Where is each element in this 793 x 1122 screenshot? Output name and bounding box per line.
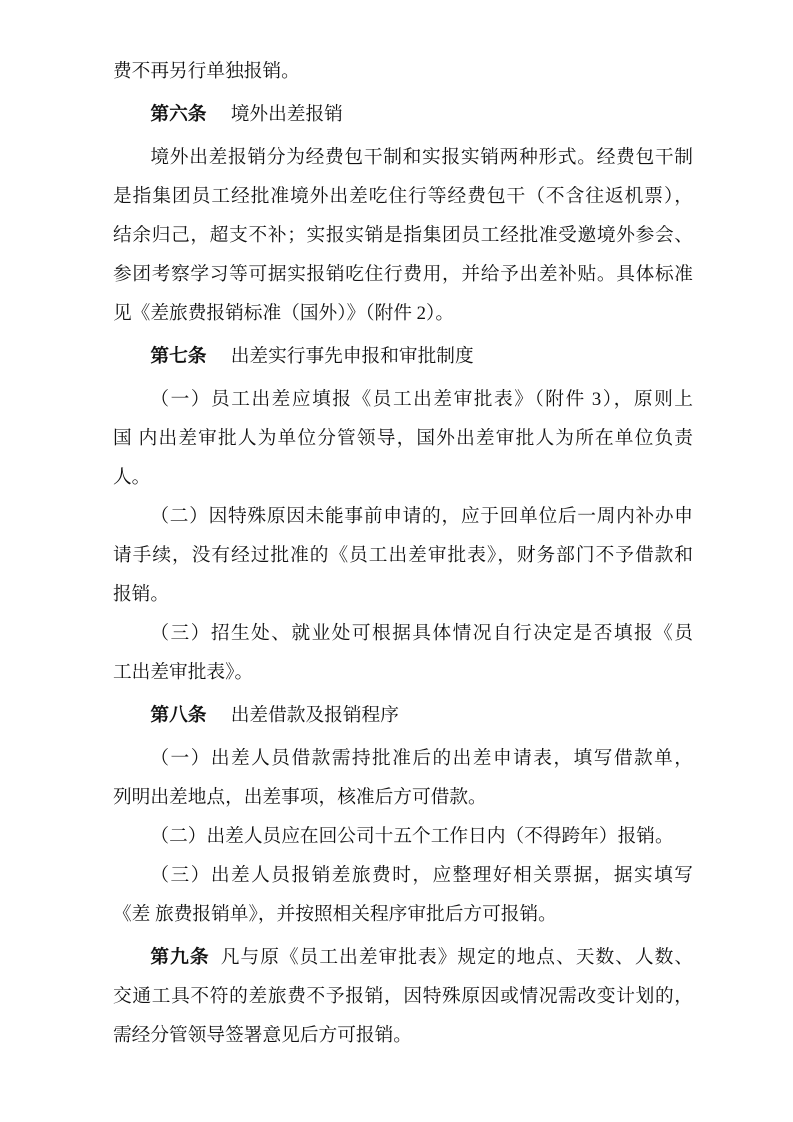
article-number: 第七条 xyxy=(150,346,206,367)
document-page: 费不再另行单独报销。第六条境外出差报销境外出差报销分为经费包干制和实报实销两种形… xyxy=(0,0,793,1122)
paragraph: 境外出差报销分为经费包干制和实报实销两种形式。经费包干制是指集团员工经批准境外出… xyxy=(113,138,693,333)
text-line: 人。 xyxy=(113,458,693,497)
paragraph: （一）员工出差应填报《员工出差审批表》（附件 3），原则上国 内出差审批人为单位… xyxy=(113,380,693,497)
text-line: 境外出差报销分为经费包干制和实报实销两种形式。经费包干制 xyxy=(113,138,693,177)
text-line: 第九条凡与原《员工出差审批表》规定的地点、天数、人数、 xyxy=(113,938,693,977)
text-line: 请手续，没有经过批准的《员工出差审批表》，财务部门不予借款和 xyxy=(113,536,693,575)
text-line: 是指集团员工经批准境外出差吃住行等经费包干（不含往返机票）， xyxy=(113,177,693,216)
paragraph: （二）出差人员应在回公司十五个工作日内（不得跨年）报销。 xyxy=(113,817,693,856)
article-title: 出差实行事先申报和审批制度 xyxy=(231,346,474,367)
article-heading: 第六条境外出差报销 xyxy=(113,95,693,134)
paragraph: （二）因特殊原因未能事前申请的，应于回单位后一周内补办申请手续，没有经过批准的《… xyxy=(113,497,693,614)
text-line: （二）因特殊原因未能事前申请的，应于回单位后一周内补办申 xyxy=(113,497,693,536)
article-number: 第九条 xyxy=(150,947,209,968)
text-line: （三）招生处、就业处可根据具体情况自行决定是否填报《员 xyxy=(113,614,693,653)
text-line: 列明出差地点，出差事项，核准后方可借款。 xyxy=(113,778,693,817)
article-number: 第六条 xyxy=(150,104,206,125)
text-line: 需经分管领导签署意见后方可报销。 xyxy=(113,1016,693,1055)
article-heading: 第八条出差借款及报销程序 xyxy=(113,696,693,735)
text-line: （一）出差人员借款需持批准后的出差申请表，填写借款单， xyxy=(113,739,693,778)
text-line: （一）员工出差应填报《员工出差审批表》（附件 3），原则上 xyxy=(113,380,693,419)
article-heading: 第七条出差实行事先申报和审批制度 xyxy=(113,337,693,376)
text-line: 参团考察学习等可据实报销吃住行费用，并给予出差补贴。具体标准 xyxy=(113,255,693,294)
article-title: 出差借款及报销程序 xyxy=(231,705,399,726)
text-line: 交通工具不符的差旅费不予报销，因特殊原因或情况需改变计划的， xyxy=(113,977,693,1016)
text-line: 国 内出差审批人为单位分管领导，国外出差审批人为所在单位负责 xyxy=(113,419,693,458)
article-number: 第八条 xyxy=(150,705,206,726)
text-line: 《差 旅费报销单》，并按照相关程序审批后方可报销。 xyxy=(113,895,693,934)
paragraph: （三）招生处、就业处可根据具体情况自行决定是否填报《员工出差审批表》。 xyxy=(113,614,693,692)
text-line: （二）出差人员应在回公司十五个工作日内（不得跨年）报销。 xyxy=(113,817,693,856)
text-line: 报销。 xyxy=(113,575,693,614)
text-line: （三）出差人员报销差旅费时，应整理好相关票据，据实填写 xyxy=(113,856,693,895)
text-line: 结余归己，超支不补；实报实销是指集团员工经批准受邀境外参会、 xyxy=(113,216,693,255)
article-title: 境外出差报销 xyxy=(231,104,343,125)
text-line: 工出差审批表》。 xyxy=(113,653,693,692)
text-line: 见《差旅费报销标准（国外）》（附件 2）。 xyxy=(113,294,693,333)
paragraph: （一）出差人员借款需持批准后的出差申请表，填写借款单，列明出差地点，出差事项，核… xyxy=(113,739,693,817)
text-line-content: 凡与原《员工出差审批表》规定的地点、天数、人数、 xyxy=(221,947,693,968)
paragraph: （三）出差人员报销差旅费时，应整理好相关票据，据实填写《差 旅费报销单》，并按照… xyxy=(113,856,693,934)
article-paragraph: 第九条凡与原《员工出差审批表》规定的地点、天数、人数、交通工具不符的差旅费不予报… xyxy=(113,938,693,1055)
text-line: 费不再另行单独报销。 xyxy=(113,52,693,91)
paragraph: 费不再另行单独报销。 xyxy=(113,52,693,91)
document-body: 费不再另行单独报销。第六条境外出差报销境外出差报销分为经费包干制和实报实销两种形… xyxy=(113,52,693,1055)
